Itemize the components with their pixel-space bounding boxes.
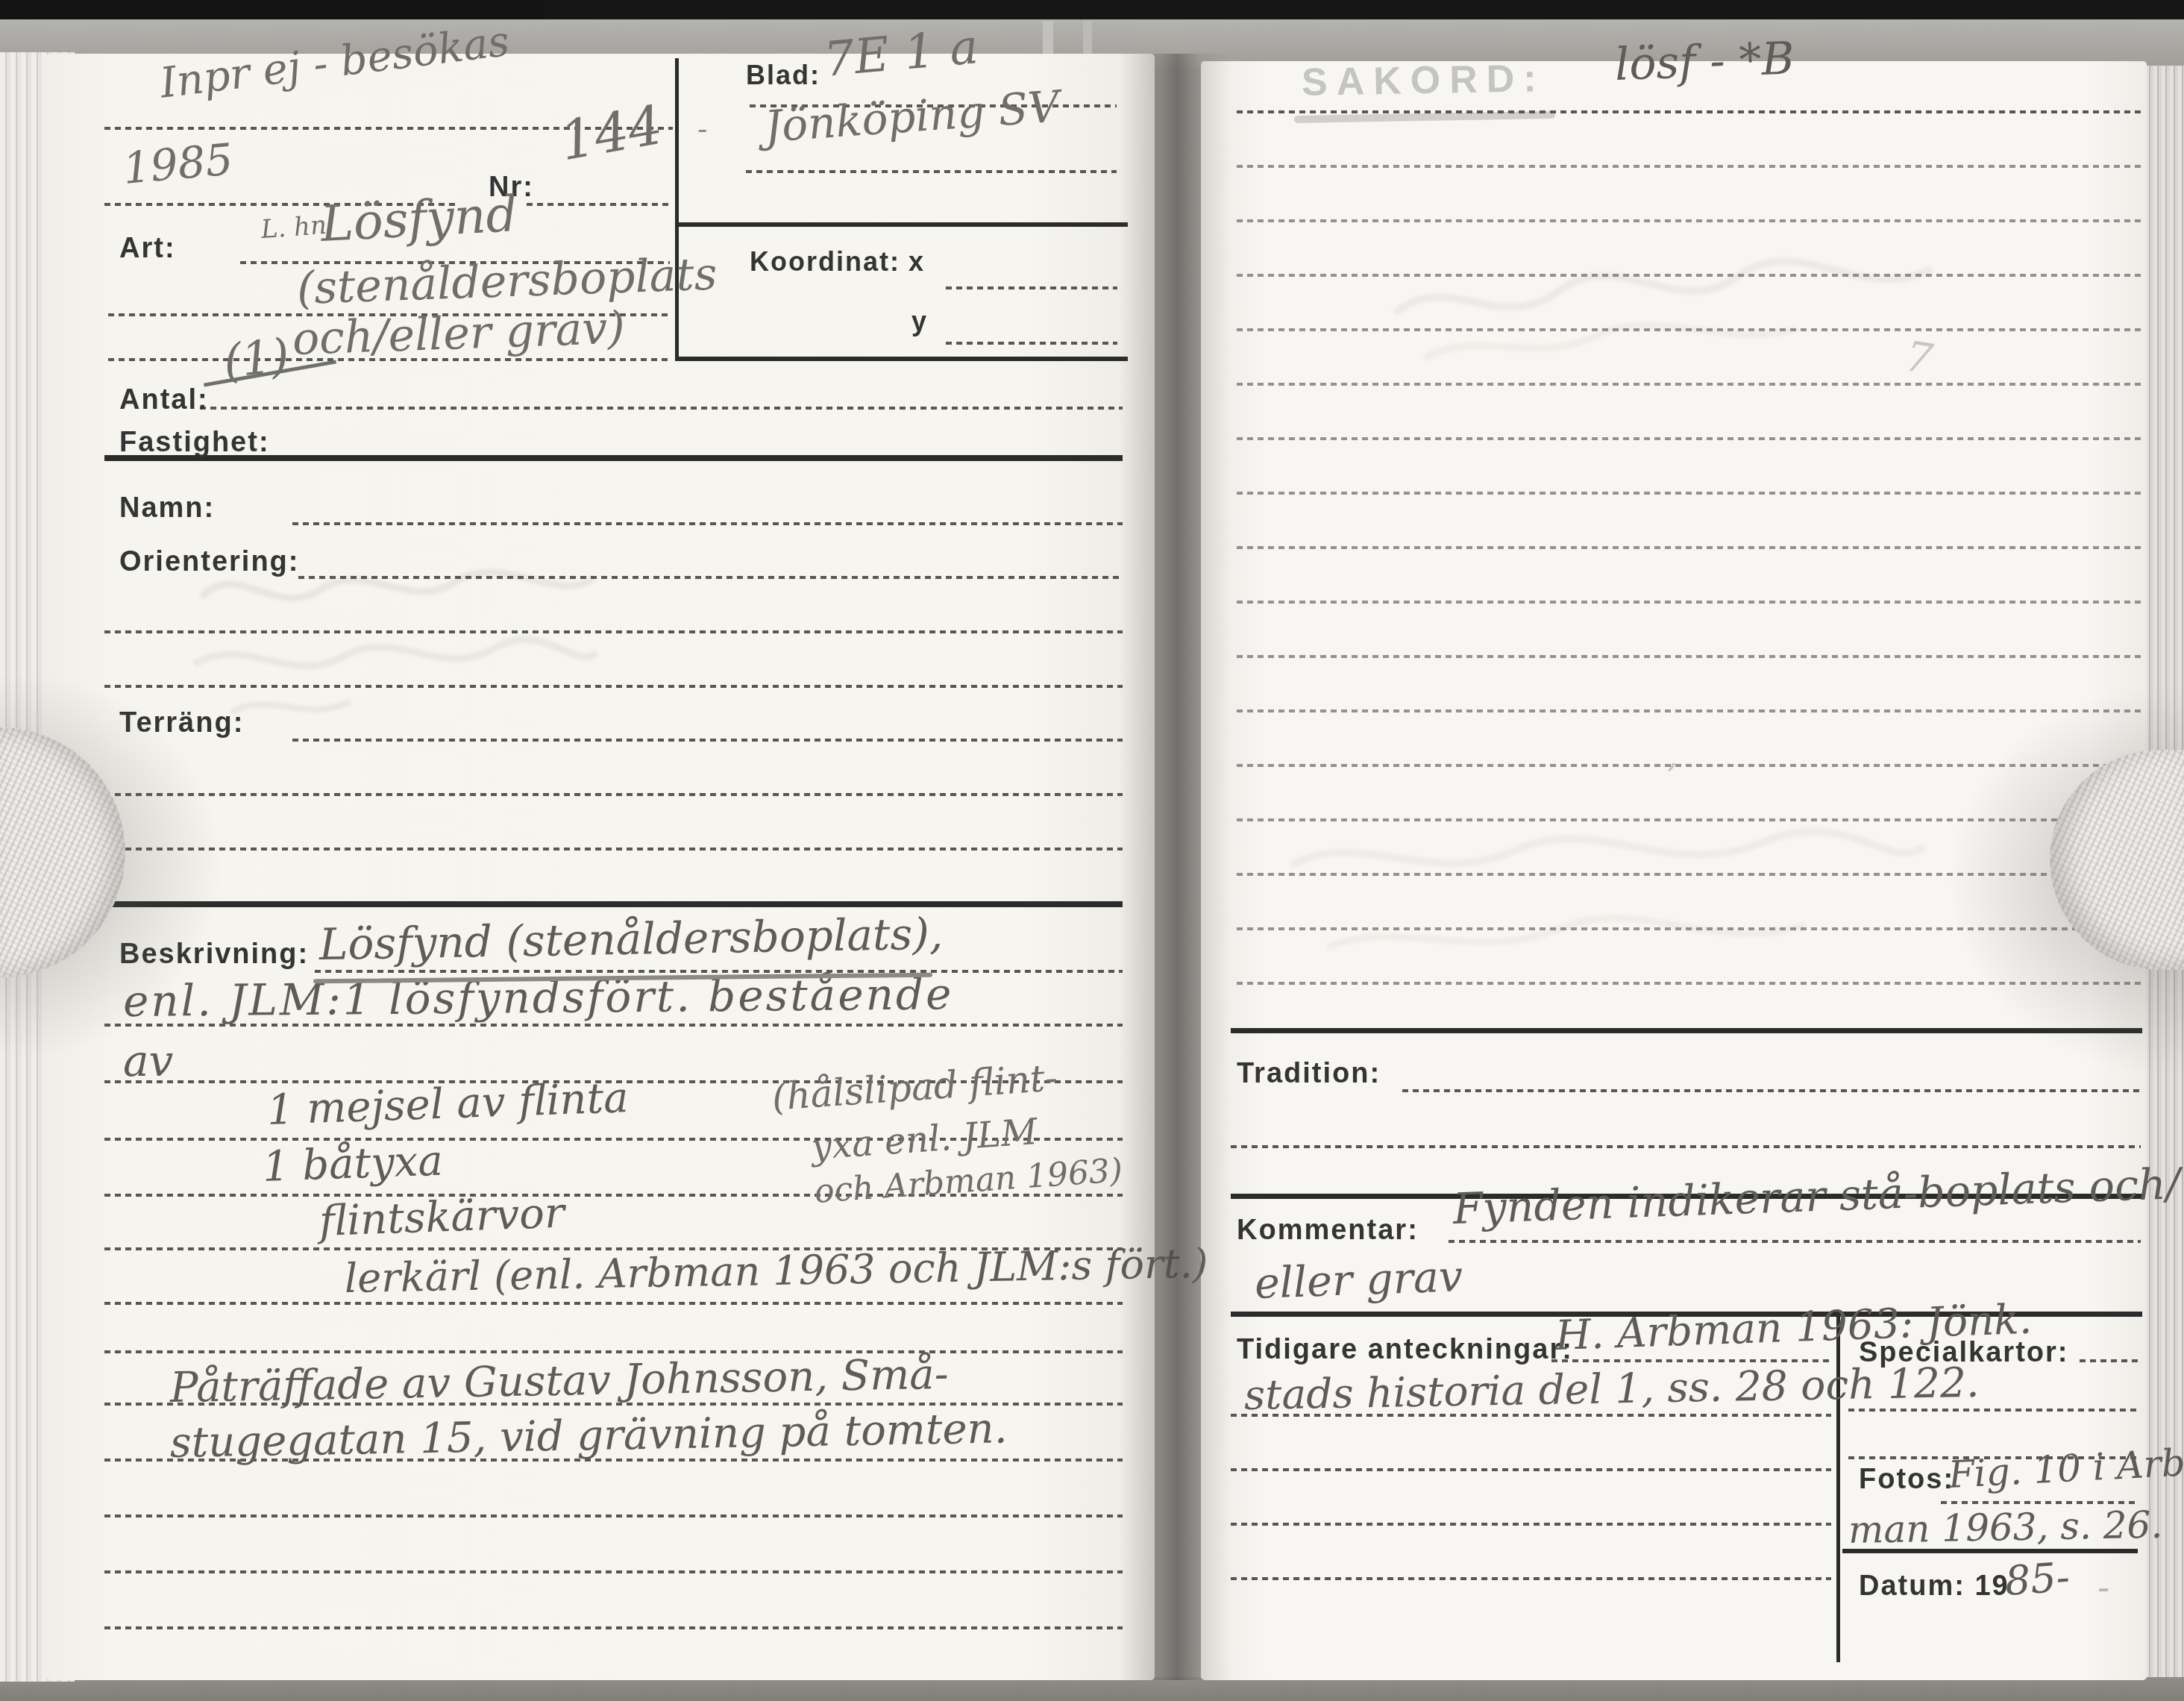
box-vertical-line bbox=[675, 58, 679, 358]
ruled-line bbox=[1449, 1240, 2141, 1243]
ruled-line bbox=[1237, 437, 2141, 440]
ruled-line bbox=[1237, 219, 2141, 222]
namn-label: Namn: bbox=[119, 492, 215, 524]
ruled-line bbox=[1237, 328, 2141, 331]
ruled-line bbox=[1231, 1523, 1831, 1526]
ruled-line bbox=[104, 1514, 1123, 1517]
bleedthrough-marks bbox=[1380, 224, 1947, 373]
koordinat-label: Koordinat: bbox=[750, 246, 900, 278]
ruled-line bbox=[527, 203, 670, 206]
ruled-line bbox=[104, 848, 1123, 850]
ruled-line bbox=[298, 576, 1123, 579]
ruled-line bbox=[2080, 1359, 2139, 1362]
bottom-cloth-band bbox=[0, 1677, 2184, 1701]
ruled-line bbox=[1237, 546, 2141, 549]
ruled-line bbox=[292, 739, 1123, 742]
ruled-line bbox=[1237, 492, 2141, 495]
ruled-line bbox=[104, 1302, 1123, 1305]
datum-extra-mark: - bbox=[2097, 1567, 2109, 1608]
fotos-label: Fotos: bbox=[1859, 1464, 1954, 1496]
kommentar-label: Kommentar: bbox=[1237, 1215, 1419, 1247]
box-bottom-line bbox=[675, 357, 1128, 361]
blad-label: Blad: bbox=[746, 60, 820, 91]
ruled-line bbox=[104, 1350, 1123, 1353]
koordinat-x-label: x bbox=[909, 246, 925, 278]
section-divider-line bbox=[104, 901, 1123, 907]
ruled-line bbox=[200, 407, 1123, 410]
orientering-label: Orientering: bbox=[119, 546, 299, 578]
year-handwriting: 1985 bbox=[121, 134, 235, 194]
specialkartor-label: Specialkartor: bbox=[1859, 1337, 2068, 1369]
datum-label: Datum: 19 bbox=[1859, 1570, 2009, 1603]
ruled-line bbox=[292, 522, 1123, 525]
ruled-line bbox=[1402, 1089, 2141, 1092]
initials-handwriting: L. hn bbox=[260, 210, 328, 245]
bleedthrough-marks bbox=[1268, 806, 1939, 1000]
ruled-line bbox=[1237, 274, 2141, 277]
ruled-line bbox=[1237, 110, 2141, 113]
ruled-line bbox=[104, 793, 1123, 796]
art-value-handwriting: Lösfynd bbox=[319, 185, 519, 253]
sakord-value-handwriting: lösf - *B bbox=[1614, 33, 1795, 91]
ruled-line bbox=[1231, 1145, 2141, 1148]
antal-label: Antal: bbox=[119, 384, 209, 416]
ruled-line bbox=[1237, 165, 2141, 168]
sakord-stamp: SAKORD: bbox=[1302, 56, 1546, 105]
art-label: Art: bbox=[119, 233, 176, 265]
ruled-line bbox=[746, 170, 1117, 173]
ruled-line bbox=[104, 1570, 1123, 1573]
ruled-line bbox=[1848, 1409, 2139, 1412]
scanned-book-spread: Inpr ej - besökas 1985 Nr: 144 L. hn Bla… bbox=[0, 0, 2184, 1701]
ruled-line bbox=[946, 342, 1117, 345]
ruled-line bbox=[1231, 1577, 1831, 1580]
ruled-line bbox=[104, 630, 1123, 633]
find-item2-handwriting: 1 båtyxa bbox=[262, 1137, 444, 1191]
fotos-value2-handwriting: man 1963, s. 26. bbox=[1848, 1503, 2162, 1552]
tidigare-anteckningar-label: Tidigare anteckningar: bbox=[1237, 1334, 1573, 1366]
ruled-line bbox=[1237, 383, 2141, 386]
find-item3-handwriting: flintskärvor bbox=[318, 1189, 565, 1246]
kommentar-line2-handwriting: eller grav bbox=[1254, 1252, 1463, 1309]
ruled-line bbox=[104, 685, 1123, 688]
gutter-shadow bbox=[1119, 54, 1231, 1680]
tradition-label: Tradition: bbox=[1237, 1058, 1381, 1090]
blad-dash-mark: - bbox=[697, 112, 708, 146]
koordinat-y-label: y bbox=[911, 306, 928, 337]
ruled-line bbox=[946, 286, 1117, 289]
ruled-line bbox=[1237, 601, 2141, 604]
box-divider-line bbox=[675, 222, 1128, 227]
stray-comma-mark: , bbox=[1667, 737, 1678, 775]
fastighet-label: Fastighet: bbox=[119, 427, 270, 459]
ruled-line bbox=[1231, 1468, 1831, 1471]
ruled-line bbox=[1237, 655, 2141, 658]
datum-value-handwriting: 85- bbox=[2003, 1553, 2071, 1605]
ruled-line bbox=[104, 1626, 1123, 1629]
